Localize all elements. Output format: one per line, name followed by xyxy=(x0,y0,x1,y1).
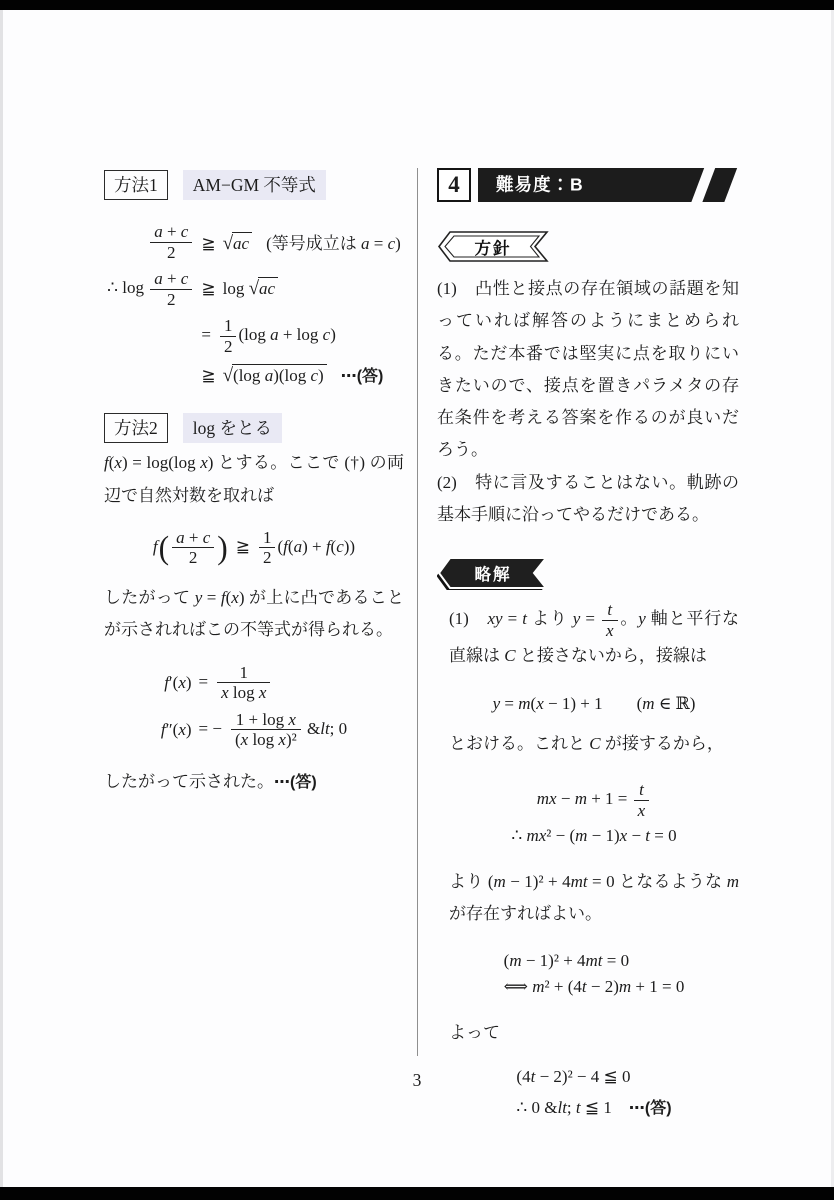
fraction: a + c2 xyxy=(150,269,192,309)
fraction: 12 xyxy=(220,316,237,356)
equation-answer: ∴ 0 &lt; t ≦ 1 ⋯(答) xyxy=(516,1093,671,1118)
answer-marker: ⋯(答) xyxy=(341,368,384,385)
tangency-equations: mx − m + 1 = tx ∴ mx² − (m − 1)x − t = 0 xyxy=(449,774,739,852)
solution-badge: 略解 xyxy=(437,557,549,590)
method1-heading: 方法1 AM−GM 不等式 xyxy=(104,170,404,200)
fdoubleprime-rhs: = −1 + log x(x log x)² &lt; 0 xyxy=(192,710,348,750)
fraction: 1 + log x(x log x)² xyxy=(231,710,301,750)
discriminant-equations: (m − 1)² + 4mt = 0 ⟺ m² + (4t − 2)m + 1 … xyxy=(449,945,739,1003)
sqrt-radical: √(log a)(log c) xyxy=(223,365,327,387)
tangent-line-equation: y = m(x − 1) + 1 (m ∈ ℝ) xyxy=(449,689,739,714)
method2-box: 方法2 xyxy=(104,413,168,443)
equation-quadratic: ∴ mx² − (m − 1)x − t = 0 xyxy=(511,826,676,846)
left-column: 方法1 AM−GM 不等式 a + c2 ≧√ac(等号成立は a = c) ∴… xyxy=(104,170,404,798)
answer-marker: ⋯(答) xyxy=(274,774,317,791)
problem-number-box: 4 xyxy=(437,168,471,202)
amgm-line1-lhs: a + c2 xyxy=(107,222,194,262)
fraction: 1x log x xyxy=(217,663,270,703)
method2-paragraph-2: したがって y = f(x) が上に凸であることが示されればこの不等式が得られる… xyxy=(104,582,404,647)
amgm-line3-rhs: =12(log a + log c) xyxy=(194,316,400,356)
big-left-paren: ( xyxy=(159,531,169,564)
top-letterbox-bar xyxy=(0,0,834,10)
answer-marker: ⋯(答) xyxy=(629,1100,672,1117)
amgm-line2-lhs: ∴ log a + c2 xyxy=(107,269,194,309)
derivative-equations: f′(x) =1x log x f″(x) = −1 + log x(x log… xyxy=(104,663,404,750)
amgm-line1-rhs: ≧√ac(等号成立は a = c) xyxy=(194,229,400,255)
inline-fraction: tx xyxy=(602,600,618,640)
solution-paragraph-3: より (m − 1)² + 4mt = 0 となるような m が存在すればよい。 xyxy=(449,866,739,931)
fraction: a + c2 xyxy=(172,528,214,568)
amgm-line2-rhs: ≧log √ac xyxy=(194,278,400,300)
method2-tag: log をとる xyxy=(183,413,282,443)
fprime-lhs: f′(x) xyxy=(161,673,192,693)
difficulty-banner: 難易度：B xyxy=(478,168,739,202)
difficulty-label: 難易度：B xyxy=(496,172,584,197)
document-page: 方法1 AM−GM 不等式 a + c2 ≧√ac(等号成立は a = c) ∴… xyxy=(0,0,834,1200)
solution-paragraph-4: よって xyxy=(449,1017,739,1049)
amgm-line4-rhs: ≧√(log a)(log c)⋯(答) xyxy=(194,363,400,387)
banner-slash-icon xyxy=(702,168,737,202)
sqrt-radical: √ac xyxy=(249,278,279,300)
method2-heading: 方法2 log をとる xyxy=(104,413,404,443)
fraction: a + c2 xyxy=(150,222,192,262)
policy-paragraph-1: (1) 凸性と接点の存在領域の話題を知っていれば解答のようにまとめられる。ただ本… xyxy=(437,273,739,467)
right-column: 4 難易度：B 方針 (1) 凸性と接点の存在領域の話題を知っていれば解答のよう… xyxy=(437,168,739,1124)
equation-m-quadratic: ⟺ m² + (4t − 2)m + 1 = 0 xyxy=(504,977,685,997)
problem-header: 4 難易度：B xyxy=(437,168,739,202)
fraction: tx xyxy=(634,780,650,820)
column-divider xyxy=(417,168,418,1056)
method2-paragraph-1: f(x) = log(log x) とする。ここで (†) の両辺で自然対数を取… xyxy=(104,447,404,512)
bottom-letterbox-bar xyxy=(0,1187,834,1200)
solution-paragraph-1: (1) xy = t より y = tx。y 軸と平行な直線は C と接さないか… xyxy=(449,600,739,672)
solution-body: (1) xy = t より y = tx。y 軸と平行な直線は C と接さないか… xyxy=(437,600,739,1124)
page-number: 3 xyxy=(0,1070,834,1091)
fprime-rhs: =1x log x xyxy=(192,663,348,703)
method1-box: 方法1 xyxy=(104,170,168,200)
jensen-equation: f(a + c2)≧12(f(a) + f(c)) xyxy=(104,528,404,568)
equation-discriminant: (m − 1)² + 4mt = 0 xyxy=(504,951,685,971)
sqrt-radical: √ac xyxy=(223,233,253,255)
amgm-equation-block: a + c2 ≧√ac(等号成立は a = c) ∴ log a + c2 ≧l… xyxy=(104,222,404,387)
method1-tag: AM−GM 不等式 xyxy=(183,170,326,200)
fraction: 12 xyxy=(259,528,276,568)
fdoubleprime-lhs: f″(x) xyxy=(161,720,192,740)
policy-paragraph-2: (2) 特に言及することはない。軌跡の基本手順に沿ってやるだけである。 xyxy=(437,467,739,532)
big-right-paren: ) xyxy=(217,531,227,564)
method2-conclusion: したがって示された。⋯(答) xyxy=(104,766,404,798)
solution-paragraph-2: とおける。これと C が接するから， xyxy=(449,728,739,760)
policy-badge: 方針 xyxy=(437,230,549,263)
equality-condition-note: (等号成立は a = c) xyxy=(266,234,401,253)
equation-mx: mx − m + 1 = tx xyxy=(511,780,676,820)
